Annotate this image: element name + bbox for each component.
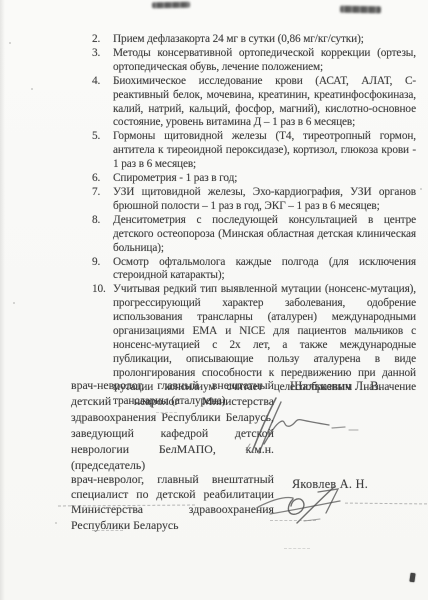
paper-dust [55,522,57,524]
handwritten-signature-scribble [252,483,392,535]
signature-role-yakovlev: врач-невролог, главный внештатный специа… [71,472,274,533]
paper-dust [9,42,11,44]
list-item: 4. Биохимическое исследование крови (АСА… [92,75,416,131]
scan-speck-artifact [409,573,415,583]
list-item-number: 3. [92,47,113,75]
list-item: 7. УЗИ щитовидной железы, Эхо-кардиограф… [92,186,416,214]
scan-dash-artifact [270,520,316,521]
list-item-number: 5. [92,130,113,172]
signature-name-shalkevich: Шалькевич Л. В. [290,379,382,394]
paper-dust [31,88,33,90]
paper-dust [420,188,422,190]
scan-dash-artifact [92,530,123,531]
list-item: 8. Денситометрия с последующей консульта… [92,214,416,256]
scan-dash-artifact [284,548,310,549]
list-item-number: 7. [92,186,113,214]
list-item-text: УЗИ щитовидной железы, Эхо-кардиография,… [113,186,416,214]
list-item-text: Прием дефлазакорта 24 мг в сутки (0,86 м… [113,33,416,47]
recommendations-list: 2. Прием дефлазакорта 24 мг в сутки (0,8… [0,33,428,408]
scan-smudge-mark [340,6,381,14]
list-item: 2. Прием дефлазакорта 24 мг в сутки (0,8… [92,33,416,47]
list-item: 6. Спирометрия - 1 раз в год; [92,172,416,186]
list-item-number: 4. [92,75,113,131]
list-item-text: Биохимическое исследование крови (АСАТ, … [113,75,416,131]
scan-dash-artifact [156,412,177,413]
list-item-text: Гормоны щитовидной железы (Т4, тиреотроп… [113,130,416,172]
list-item-number: 8. [92,214,113,256]
scan-smudge-mark [152,2,190,9]
handwritten-signature-scribble [240,394,364,456]
list-item-number: 2. [92,33,113,47]
paper-dust [13,302,15,304]
list-item-number: 9. [92,256,113,284]
list-item-text: Денситометрия с последующей консультацие… [113,214,416,256]
scanned-document-page: 2. Прием дефлазакорта 24 мг в сутки (0,8… [0,0,428,600]
list-item: 5. Гормоны щитовидной железы (Т4, тиреот… [92,130,416,172]
list-item-text: Методы консервативной ортопедической кор… [113,47,416,75]
list-item-number: 6. [92,172,113,186]
list-item-text: Осмотр офтальмолога каждые полгода (для … [113,256,416,284]
list-item: 9. Осмотр офтальмолога каждые полгода (д… [92,256,416,284]
list-item: 3. Методы консервативной ортопедической … [92,47,416,75]
list-item-text: Спирометрия - 1 раз в год; [113,172,416,186]
